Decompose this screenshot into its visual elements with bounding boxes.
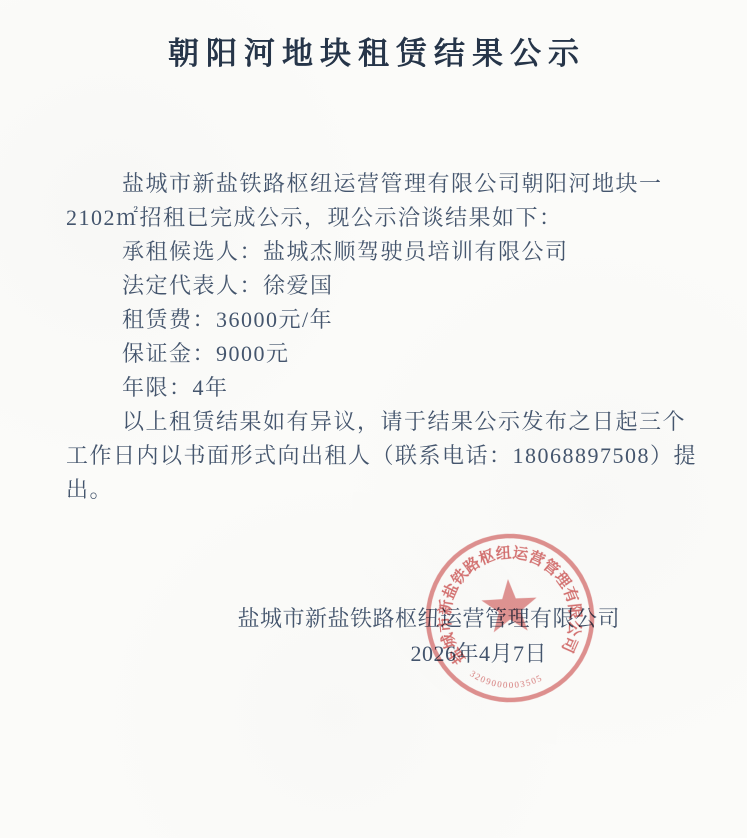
notice-line-3: 出。 [66, 473, 679, 507]
notice-line-1: 以上租赁结果如有异议，请于结果公示发布之日起三个 [66, 405, 679, 439]
signature-date: 2026年4月7日 [410, 637, 547, 671]
signature-company: 盐城市新盐铁路枢纽运营管理有限公司 [237, 602, 620, 636]
document-page: 朝阳河地块租赁结果公示 盐城市新盐铁路枢纽运营管理有限公司朝阳河地块一 2102… [0, 0, 747, 838]
detail-line-legal-representative: 法定代表人：徐爱国 [66, 269, 679, 303]
intro-line-2: 2102㎡招租已完成公示，现公示洽谈结果如下： [66, 201, 679, 235]
intro-line-1: 盐城市新盐铁路枢纽运营管理有限公司朝阳河地块一 [66, 167, 679, 201]
detail-line-term: 年限：4年 [66, 371, 679, 405]
document-title: 朝阳河地块租赁结果公示 [0, 28, 747, 73]
notice-line-2: 工作日内以书面形式向出租人（联系电话：18068897508）提 [66, 439, 679, 473]
detail-line-tenant-candidate: 承租候选人：盐城杰顺驾驶员培训有限公司 [66, 235, 679, 269]
document-body: 盐城市新盐铁路枢纽运营管理有限公司朝阳河地块一 2102㎡招租已完成公示，现公示… [66, 167, 679, 507]
detail-line-deposit: 保证金：9000元 [66, 337, 679, 371]
detail-line-rent-fee: 租赁费：36000元/年 [66, 303, 679, 337]
